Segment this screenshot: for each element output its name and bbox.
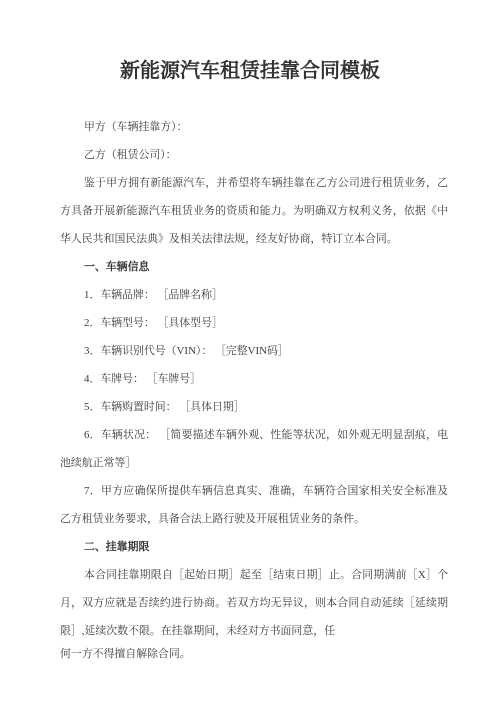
document-line: 鉴于甲方拥有新能源汽车，并希望将车辆挂靠在乙方公司进行租赁业务，乙 — [60, 169, 448, 197]
document-line: 3．车辆识别代号（VIN）： ［完整VIN码］ — [60, 337, 448, 365]
document-line: 何一方不得擅自解除合同。 — [60, 645, 448, 663]
document-line: 乙方租赁业务要求，具备合法上路行驶及开展租赁业务的条件。 — [60, 505, 448, 533]
document-line: 5．车辆购置时间： ［具体日期］ — [60, 393, 448, 421]
document-line: 1．车辆品牌： ［品牌名称］ — [60, 281, 448, 309]
document-line: 华人民共和国民法典》及相关法律法规，经友好协商，特订立本合同。 — [60, 225, 448, 253]
document-title: 新能源汽车租赁挂靠合同模板 — [0, 57, 500, 85]
document-line: 6．车辆状况： ［简要描述车辆外观、性能等状况，如外观无明显刮痕，电 — [60, 421, 448, 449]
document-line: 7．甲方应确保所提供车辆信息真实、准确，车辆符合国家相关安全标准及 — [60, 477, 448, 505]
document-line: 本合同挂靠期限自［起始日期］起至［结束日期］止。合同期满前［X］个 — [60, 561, 448, 589]
section-heading: 二、挂靠期限 — [60, 533, 448, 561]
section-heading: 一、车辆信息 — [60, 253, 448, 281]
document-line: 4．车牌号： ［车牌号］ — [60, 365, 448, 393]
document-line: 乙方（租赁公司）： — [60, 141, 448, 169]
document-line: 2．车辆型号： ［具体型号］ — [60, 309, 448, 337]
document-body: 甲方（车辆挂靠方）：乙方（租赁公司）：鉴于甲方拥有新能源汽车，并希望将车辆挂靠在… — [0, 113, 500, 663]
contract-document-page: 新能源汽车租赁挂靠合同模板 甲方（车辆挂靠方）：乙方（租赁公司）：鉴于甲方拥有新… — [0, 0, 500, 707]
document-line: 方具备开展新能源汽车租赁业务的资质和能力。为明确双方权利义务，依据《中 — [60, 197, 448, 225]
document-line: 池续航正常等］ — [60, 449, 448, 477]
document-line: 限］,延续次数不限。在挂靠期间，未经对方书面同意，任 — [60, 617, 448, 645]
document-line: 月，双方应就是否续约进行协商。若双方均无异议，则本合同自动延续［延续期 — [60, 589, 448, 617]
document-line: 甲方（车辆挂靠方）： — [60, 113, 448, 141]
